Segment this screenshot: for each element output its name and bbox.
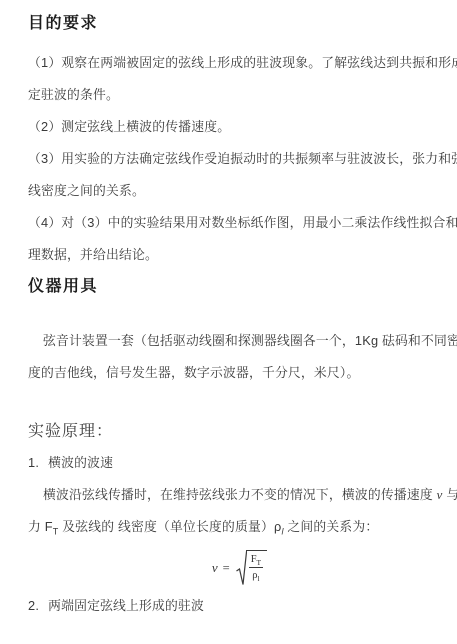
principle-text-line-2: 力 FT 及弦线的 线密度（单位长度的质量）ρl 之间的关系为： (28, 511, 451, 543)
principle-item-1: 1.横波的波速 (28, 447, 451, 479)
apparatus-section: 弦音计装置一套（包括驱动线圈和探测器线圈各一个，1Kg 砝码和不同密 度的吉他线… (28, 325, 451, 389)
text-fragment: 及弦线的 线密度（单位长度的质量）ρ (58, 519, 281, 534)
section-heading-purpose: 目的要求 (28, 14, 451, 33)
list-item-title: 两端固定弦线上形成的驻波 (48, 598, 204, 613)
fraction-numerator: FT (249, 553, 263, 568)
apparatus-text-line: 弦音计装置一套（包括驱动线圈和探测器线圈各一个，1Kg 砝码和不同密 (28, 325, 451, 357)
radicand: FT ρl (246, 550, 267, 583)
purpose-text-line: （1）观察在两端被固定的弦线上形成的驻波现象。了解弦线达到共振和形成稳 (28, 47, 451, 79)
principle-item-2: 2.两端固定弦线上形成的驻波 (28, 590, 451, 622)
subscript-l: l (258, 574, 260, 583)
list-number: 2. (28, 590, 39, 622)
principle-text-line-1: 横波沿弦线传播时，在维持弦线张力不变的情况下，横波的传播速度 v 与张 (28, 479, 451, 511)
purpose-section: （1）观察在两端被固定的弦线上形成的驻波现象。了解弦线达到共振和形成稳 定驻波的… (28, 47, 451, 271)
text-fragment: 力 F (28, 519, 53, 534)
purpose-text-line: 理数据，并给出结论。 (28, 239, 451, 271)
section-heading-principle: 实验原理： (28, 422, 451, 441)
purpose-text-line: （4）对（3）中的实验结果用对数坐标纸作图，用最小二乘法作线性拟合和处 (28, 207, 451, 239)
purpose-text-line: （3）用实验的方法确定弦线作受迫振动时的共振频率与驻波波长，张力和弦线 (28, 143, 451, 175)
formula-wave-speed: v = FT ρl (28, 546, 451, 590)
text-fragment: 与张 (443, 487, 457, 502)
document-content: 目的要求 （1）观察在两端被固定的弦线上形成的驻波现象。了解弦线达到共振和形成稳… (0, 0, 457, 622)
equals-sign: = (223, 561, 230, 576)
list-number: 1. (28, 447, 39, 479)
formula-lhs-v: v (212, 560, 218, 576)
subscript-T: T (257, 558, 262, 567)
square-root: FT ρl (236, 550, 267, 587)
document-page: 目的要求 （1）观察在两端被固定的弦线上形成的驻波现象。了解弦线达到共振和形成稳… (0, 0, 457, 644)
text-fragment: 横波沿弦线传播时，在维持弦线张力不变的情况下，横波的传播速度 (43, 487, 437, 502)
list-item-title: 横波的波速 (48, 455, 113, 470)
text-fragment: 之间的关系为： (284, 519, 379, 534)
fraction-denominator: ρl (249, 568, 263, 582)
fraction: FT ρl (249, 553, 263, 582)
purpose-text-line: 定驻波的条件。 (28, 79, 451, 111)
section-heading-apparatus: 仪器用具 (28, 277, 451, 296)
purpose-text-line: （2）测定弦线上横波的传播速度。 (28, 111, 451, 143)
apparatus-text-line: 度的吉他线，信号发生器，数字示波器，千分尺，米尺）。 (28, 357, 451, 389)
purpose-text-line: 线密度之间的关系。 (28, 175, 451, 207)
